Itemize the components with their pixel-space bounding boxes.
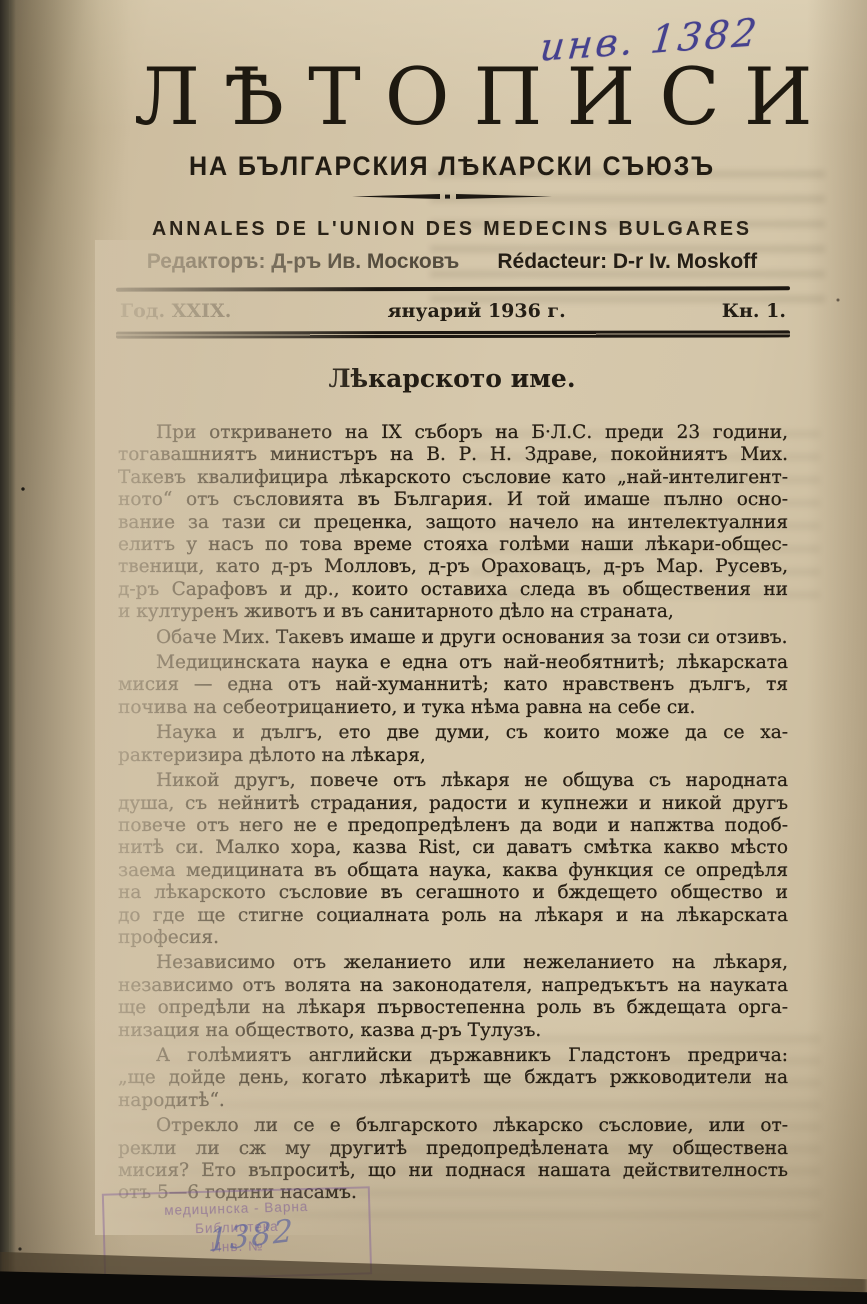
body-line: „ще дойде день, когато лѣкаритѣ ще бждат…: [118, 1067, 788, 1089]
page-content: инв. 1382 ЛѢТОПИСИ НА БЪЛГАРСКИЯ ЛѢКАРСК…: [110, 0, 794, 393]
body-line: нитѣ си. Малко хора, казва Rist, си дава…: [118, 837, 788, 859]
body-line: и културенъ животъ и въ санитарното дѣло…: [118, 601, 788, 623]
page-left-edge: [0, 0, 16, 1304]
paragraph: Наука и дългъ, ето две думи, съ които мо…: [118, 722, 788, 767]
body-line: тогавашниятъ министъръ на В. Р. Н. Здрав…: [118, 444, 788, 466]
editor-french: Rédacteur: D-r Iv. Moskoff: [497, 250, 757, 274]
body-line: Наука и дългъ, ето две думи, съ които мо…: [118, 722, 788, 744]
body-line: Такевъ квалифицира лѣкарското съсловие к…: [118, 467, 788, 489]
body-line: Обаче Мих. Такевъ имаше и други основани…: [118, 627, 788, 649]
journal-subtitle: НА БЪЛГАРСКИЯ ЛѢКАРСКИ СЪЮЗЪ: [134, 151, 770, 182]
paragraph: А голѣмиятъ английски държавникъ Гладсто…: [118, 1045, 788, 1112]
body-line: Медицинската наука е една отъ най-необят…: [118, 652, 788, 674]
editors-line: Редакторъ: Д-ръ Ив. Московъ Rédacteur: D…: [110, 250, 794, 274]
body-line: д-ръ Сарафовъ и др., които оставиха след…: [118, 579, 788, 601]
article-title: Лѣкарското име.: [110, 364, 794, 393]
paragraph: Независимо отъ желанието или нежеланието…: [118, 952, 788, 1042]
body-line: низация на обществото, казва д-ръ Тулузъ…: [118, 1020, 788, 1042]
article-body: При откриването на IX съборъ на Б·Л.С. п…: [118, 422, 788, 1205]
body-line: на лѣкарското съсловие въ сегашното и бж…: [118, 882, 788, 904]
body-line: ното“ отъ съсловията въ България. И той …: [118, 489, 788, 511]
body-line: Отрекло ли се е българското лѣкарско със…: [118, 1115, 788, 1137]
body-line: ще опредѣли на лѣкаря първостепенна роль…: [118, 997, 788, 1019]
body-line: вание за тази си преценка, защото начело…: [118, 512, 788, 534]
issue-info-row: Год. XXIX. януарий 1936 г. Кн. 1.: [110, 300, 794, 322]
body-line: до где ще стигне социалната роль на лѣка…: [118, 905, 788, 927]
body-line: При откриването на IX съборъ на Б·Л.С. п…: [118, 422, 788, 444]
body-line: твеници, като д-ръ Молловъ, д-ръ Орахова…: [118, 556, 788, 578]
body-line: А голѣмиятъ английски държавникъ Гладсто…: [118, 1045, 788, 1067]
paragraph: При откриването на IX съборъ на Б·Л.С. п…: [118, 422, 788, 624]
body-line: повече отъ него не е предопредѣленъ да в…: [118, 815, 788, 837]
body-line: мисия — една отъ най-хуманнитѣ; като нра…: [118, 674, 788, 696]
body-line: Независимо отъ желанието или нежеланието…: [118, 952, 788, 974]
journal-title-french: ANNALES DE L'UNION DES MEDECINS BULGARES: [124, 217, 781, 241]
journal-title: ЛѢТОПИСИ: [110, 58, 794, 137]
body-line: заема медицината въ общата наука, каква …: [118, 860, 788, 882]
paragraph: Обаче Мих. Такевъ имаше и други основани…: [118, 627, 788, 649]
issue-book-number: Кн. 1.: [722, 300, 786, 322]
body-line: Никой другъ, повече отъ лѣкаря не общува…: [118, 770, 788, 792]
horizontal-rule-top: [116, 286, 790, 291]
ornament-divider-icon: [352, 192, 552, 201]
body-line: рекли ли сж му другитѣ предопредѣлената …: [118, 1138, 788, 1160]
paragraph: Никой другъ, повече отъ лѣкаря не общува…: [118, 770, 788, 949]
issue-date: януарий 1936 г.: [387, 300, 565, 322]
body-line: почива на себеотрицанието, и тука нѣма р…: [118, 697, 788, 719]
page-right-shade: [807, 0, 867, 1304]
editor-bulgarian: Редакторъ: Д-ръ Ив. Московъ: [147, 250, 460, 274]
body-line: независимо отъ волята на законодателя, н…: [118, 975, 788, 997]
body-line: елитъ у насъ по това време стояха голѣми…: [118, 534, 788, 556]
horizontal-rule-bottom: [116, 330, 790, 338]
issue-year: Год. XXIX.: [120, 300, 231, 322]
body-line: мисия? Ето въпроситѣ, що ни поднася наша…: [118, 1160, 788, 1182]
paragraph: Медицинската наука е една отъ най-необят…: [118, 652, 788, 719]
body-line: рактеризира дѣлото на лѣкаря,: [118, 745, 788, 767]
body-line: народитѣ“.: [118, 1090, 788, 1112]
body-line: душа, съ нейнитѣ страдания, радости и ку…: [118, 793, 788, 815]
body-line: професия.: [118, 927, 788, 949]
